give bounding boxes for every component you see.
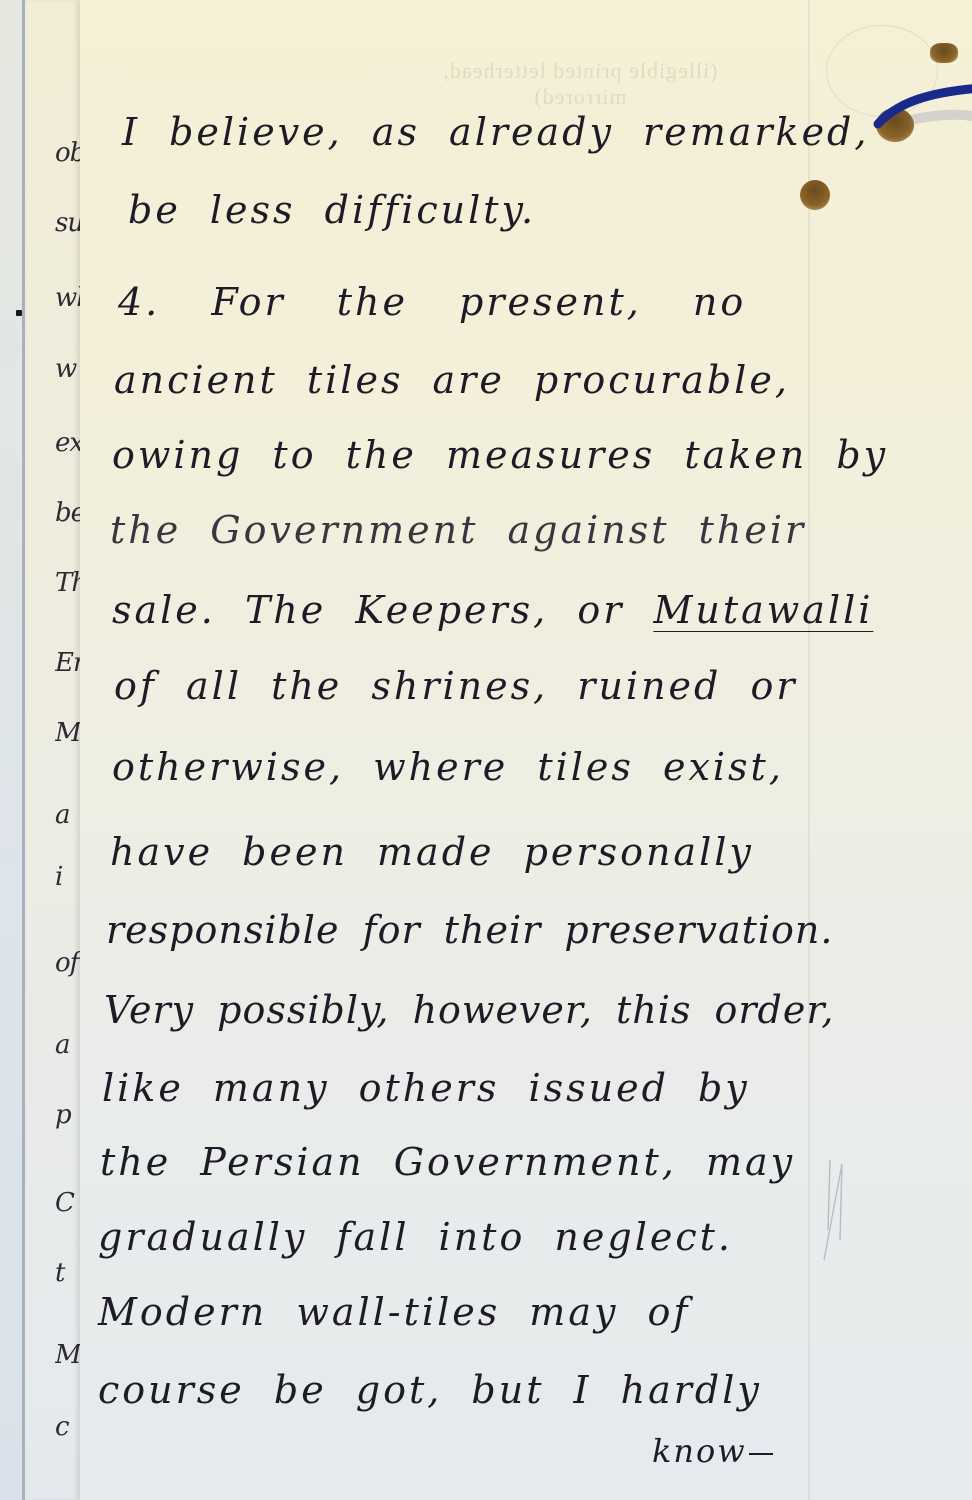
text-line: 4. For the present, no: [118, 280, 746, 324]
underlined-term: Mutawalli: [653, 588, 873, 632]
text-line: Modern wall-tiles may of: [98, 1290, 690, 1334]
text-segment: sale. The Keepers, or: [112, 588, 653, 632]
text-line: owing to the measures taken by: [112, 433, 888, 477]
text-line: sale. The Keepers, or Mutawalli: [112, 588, 873, 632]
text-line: gradually fall into neglect.: [98, 1215, 733, 1259]
text-line: the Government against their: [110, 508, 806, 552]
text-line: of all the shrines, ruined or: [114, 664, 798, 708]
text-line: the Persian Government, may: [100, 1140, 795, 1184]
text-line: I believe, as already remarked,: [122, 110, 869, 154]
text-line: Very possibly, however, this order,: [104, 988, 834, 1032]
text-line: course be got, but I hardly: [98, 1368, 762, 1412]
text-line: otherwise, where tiles exist,: [112, 745, 784, 789]
text-line: responsible for their preservation.: [106, 908, 833, 952]
catchword: know: [652, 1432, 773, 1470]
text-line: be less difficulty.: [128, 188, 536, 232]
handwritten-text: I believe, as already remarked, be less …: [0, 0, 972, 1500]
text-line: ancient tiles are procurable,: [114, 358, 790, 402]
text-line: have been made personally: [110, 830, 754, 874]
text-line: like many others issued by: [102, 1066, 750, 1110]
